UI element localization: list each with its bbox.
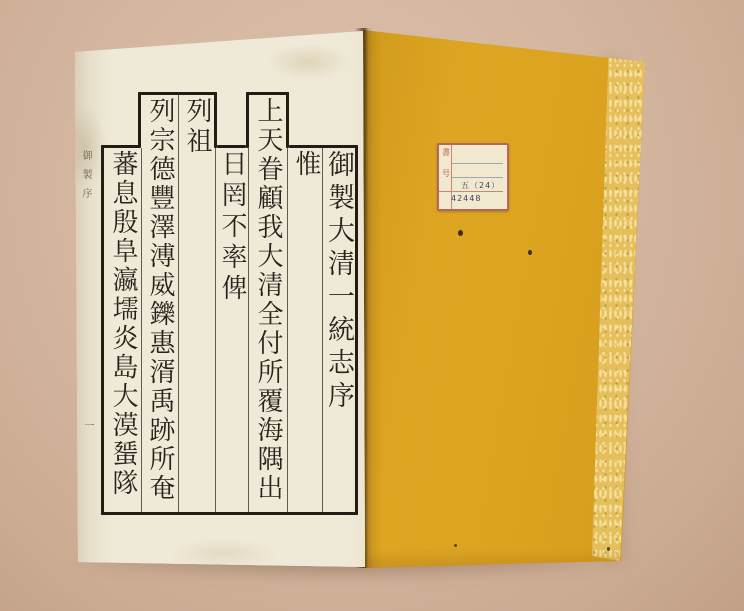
- text-column-heaven-raised: 上天眷顧我大清全付所覆海隅出: [250, 97, 286, 513]
- label-grid-line-3: [439, 191, 503, 192]
- text-column-title: 御製大清一統志序: [322, 150, 355, 422]
- photo-of-antique-chinese-book: 書 号 五（24） 42448 御製序 一: [0, 0, 744, 611]
- yellow-book-cover: 書 号 五（24） 42448: [356, 26, 648, 573]
- cover-speck-2: [528, 250, 532, 255]
- library-call-number-label: 書 号 五（24） 42448: [437, 143, 509, 211]
- cover-speck-3: [454, 544, 457, 547]
- label-grid-line-1: [452, 163, 503, 164]
- raised-box-b-left: [246, 92, 249, 148]
- raised-box-b-right: [286, 92, 289, 148]
- raised-box-a-right: [214, 92, 217, 148]
- column-separator-2: [287, 148, 288, 512]
- label-grid-line-2: [452, 177, 503, 178]
- cover-speck-4: [607, 547, 610, 551]
- cover-brocade-edge: [586, 34, 648, 566]
- block-border-top-seg3: [289, 145, 358, 148]
- label-printed-char-top: 書: [441, 148, 451, 157]
- block-border-right: [355, 145, 358, 515]
- text-column-liezong-raised: 列宗德豐澤溥威鑠惠湑禹跡所奄: [142, 97, 178, 513]
- printed-preface-page: 御製序 一 御製大清一統志序 惟 上天眷顧我大清全付所覆海隅出 日罔不率俾 列祖…: [73, 26, 367, 571]
- label-handwriting-row-2: 42448: [451, 194, 481, 203]
- text-column-wei: 惟: [289, 150, 322, 190]
- fold-title-text: 御製序: [78, 150, 92, 260]
- label-handwriting-row-1: 五（24）: [461, 180, 500, 191]
- cover-speck-1: [458, 230, 463, 236]
- column-separator-3: [248, 148, 249, 512]
- fold-page-number: 一: [80, 420, 94, 440]
- block-border-top-seg2: [217, 145, 246, 148]
- block-border-top-seg1: [101, 145, 140, 148]
- text-column-fanxi: 蕃息殷阜瀛壖炎島大漠蜑隊: [104, 150, 141, 513]
- text-column-liezu-raised: 列祖: [179, 97, 214, 167]
- raised-box-b-top: [246, 92, 289, 95]
- text-column-ri-wang: 日罔不率俾: [215, 150, 248, 320]
- label-printed-char-middle: 号: [441, 169, 451, 178]
- raised-box-a-left: [138, 92, 141, 148]
